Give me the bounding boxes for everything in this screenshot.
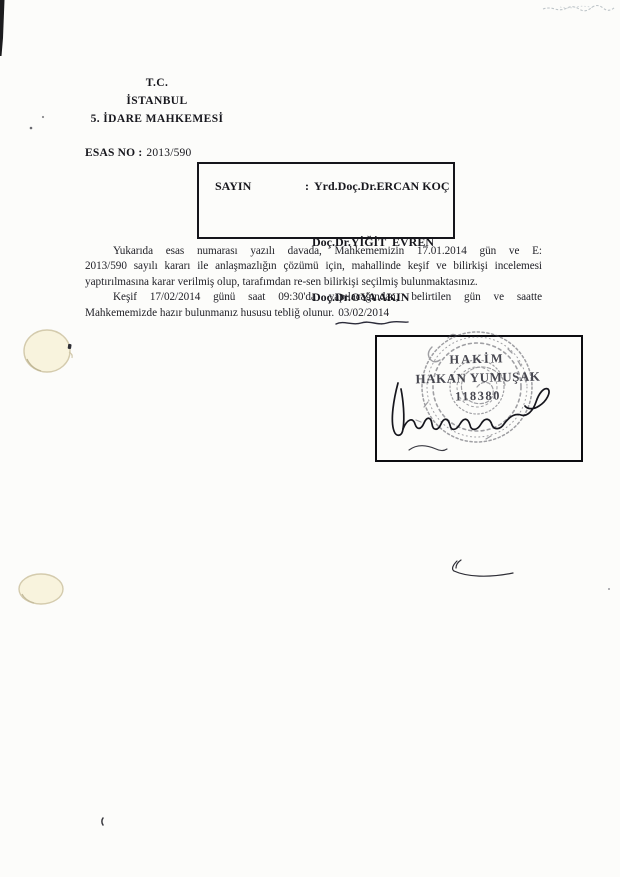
colon-separator: : [305, 177, 309, 196]
paragraph2-line1: Keşif 17/02/2014 günü saat 09:30'da yapı… [85, 290, 542, 305]
salutation-label: SAYIN [215, 177, 305, 196]
pencil-scribble [543, 6, 615, 11]
paragraph2-line2: Mahkememizde hazır bulunmanız hususu teb… [85, 306, 542, 321]
recipients-row: SAYIN : Yrd.Doç.Dr.ERCAN KOÇ [215, 177, 453, 196]
ink-speck [608, 588, 610, 590]
paragraph1-line2: 2013/590 sayılı kararı ile anlaşmazlığın… [85, 259, 542, 274]
notification-sentence: Mahkememizde hazır bulunmanız hususu teb… [85, 307, 334, 319]
ink-speck [68, 344, 72, 349]
ink-speck [42, 116, 44, 118]
scanned-court-document: T.C. İSTANBUL 5. İDARE MAHKEMESİ ESAS NO… [0, 0, 620, 877]
judge-registry-no: 118380 [418, 388, 538, 406]
recipients-box: SAYIN : Yrd.Doç.Dr.ERCAN KOÇ Doç.Dr.YİĞİ… [197, 162, 455, 239]
paragraph1-line1: Yukarıda esas numarası yazılı davada, Ma… [85, 244, 542, 259]
scan-edge-artifact [0, 0, 5, 56]
judge-title: HAKİM [415, 351, 539, 369]
punch-hole-bottom [19, 574, 63, 604]
court-header: T.C. İSTANBUL 5. İDARE MAHKEMESİ [78, 74, 236, 128]
header-republic: T.C. [78, 74, 236, 92]
date-stamp: 03/02/2014 [338, 306, 389, 321]
ink-speck [30, 127, 33, 130]
paragraph1-line3: yaptırılmasına karar verilmiş olup, tara… [85, 275, 542, 290]
case-number-value: 2013/590 [146, 147, 191, 159]
punch-hole-top [24, 330, 72, 372]
header-city: İSTANBUL [78, 92, 236, 110]
case-number-label: ESAS NO : [85, 147, 142, 159]
recipient-name-1: Yrd.Doç.Dr.ERCAN KOÇ [314, 177, 450, 196]
header-court-name: 5. İDARE MAHKEMESİ [78, 110, 236, 128]
case-number-line: ESAS NO :2013/590 [85, 147, 191, 159]
handwritten-wavy-underline [334, 319, 410, 328]
ink-speck [102, 818, 103, 825]
letter-body: Yukarıda esas numarası yazılı davada, Ma… [85, 244, 542, 321]
handwritten-paraph [453, 560, 513, 576]
